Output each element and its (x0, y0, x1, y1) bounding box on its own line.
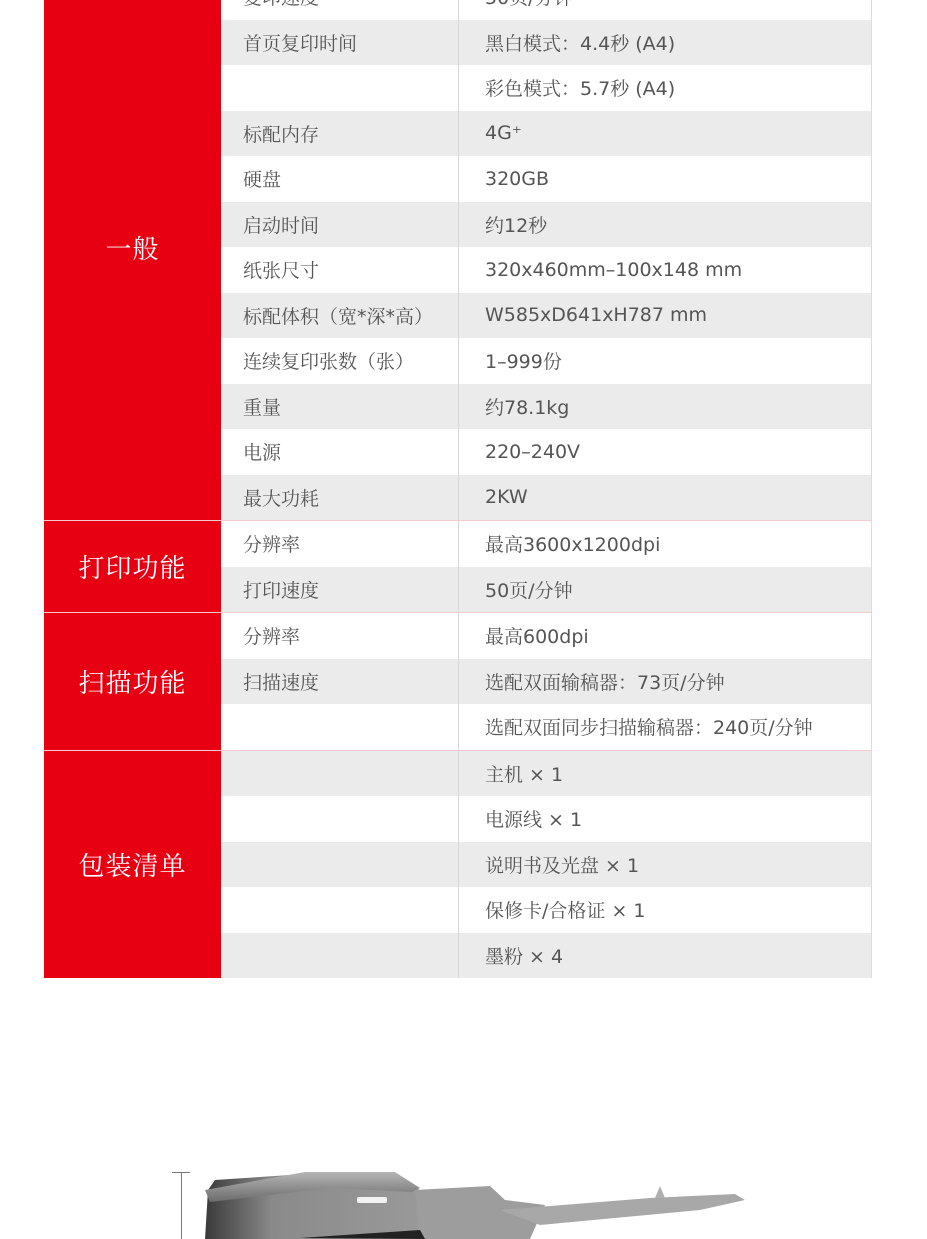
table-row: 重量约78.1kg (221, 384, 871, 430)
table-row: 电源线 × 1 (221, 796, 871, 842)
table-row: 选配双面同步扫描输稿器：240页/分钟 (221, 704, 871, 750)
table-row: 主机 × 1 (221, 751, 871, 797)
table-row: 最大功耗2KW (221, 475, 871, 521)
table-row: 说明书及光盘 × 1 (221, 842, 871, 888)
table-row: 复印速度50页/分钟 (221, 0, 871, 20)
spec-value: 选配双面输稿器：73页/分钟 (458, 659, 871, 705)
spec-key: 启动时间 (221, 202, 458, 248)
spec-value: W585xD641xH787 mm (458, 293, 871, 339)
spec-key (221, 887, 458, 933)
spec-key: 首页复印时间 (221, 20, 458, 66)
table-row: 纸张尺寸320x460mm–100x148 mm (221, 247, 871, 293)
spec-key (221, 933, 458, 979)
spec-key: 打印速度 (221, 567, 458, 613)
spec-key (221, 65, 458, 111)
spec-value: 墨粉 × 4 (458, 933, 871, 979)
spec-key: 标配体积（宽*深*高） (221, 293, 458, 339)
spec-key: 最大功耗 (221, 475, 458, 521)
spec-key: 分辨率 (221, 521, 458, 567)
table-row: 分辨率最高3600x1200dpi (221, 521, 871, 567)
spec-value: 保修卡/合格证 × 1 (458, 887, 871, 933)
spec-key (221, 751, 458, 797)
spec-group-package: 包装清单 主机 × 1 电源线 × 1 说明书及光盘 × 1 保修卡/合格证 ×… (44, 750, 871, 979)
table-row: 电源220–240V (221, 429, 871, 475)
group-label: 一般 (44, 0, 221, 520)
spec-value: 50页/分钟 (458, 0, 871, 20)
spec-value: 320GB (458, 156, 871, 202)
spec-value: 50页/分钟 (458, 567, 871, 613)
table-row: 标配体积（宽*深*高）W585xD641xH787 mm (221, 293, 871, 339)
group-label: 包装清单 (44, 751, 221, 979)
group-label: 打印功能 (44, 521, 221, 612)
spec-value: 约12秒 (458, 202, 871, 248)
spec-table: 一般 复印速度50页/分钟 首页复印时间黑白模式：4.4秒 (A4) 彩色模式：… (44, 0, 872, 978)
table-row: 打印速度50页/分钟 (221, 567, 871, 613)
table-row: 首页复印时间黑白模式：4.4秒 (A4) (221, 20, 871, 66)
spec-value: 约78.1kg (458, 384, 871, 430)
table-row: 保修卡/合格证 × 1 (221, 887, 871, 933)
table-row: 启动时间约12秒 (221, 202, 871, 248)
printer-illustration (0, 1150, 927, 1239)
spec-value: 选配双面同步扫描输稿器：240页/分钟 (458, 704, 871, 750)
spec-group-general: 一般 复印速度50页/分钟 首页复印时间黑白模式：4.4秒 (A4) 彩色模式：… (44, 0, 871, 520)
spec-value: 说明书及光盘 × 1 (458, 842, 871, 888)
spec-value: 220–240V (458, 429, 871, 475)
spec-key: 复印速度 (221, 0, 458, 20)
spec-key: 纸张尺寸 (221, 247, 458, 293)
spec-value: 2KW (458, 475, 871, 521)
spec-value: 电源线 × 1 (458, 796, 871, 842)
spec-key: 重量 (221, 384, 458, 430)
spec-group-print: 打印功能 分辨率最高3600x1200dpi 打印速度50页/分钟 (44, 520, 871, 612)
spec-key: 硬盘 (221, 156, 458, 202)
table-row: 标配内存4G⁺ (221, 111, 871, 157)
product-image (0, 1150, 927, 1239)
spec-group-scan: 扫描功能 分辨率最高600dpi 扫描速度选配双面输稿器：73页/分钟 选配双面… (44, 612, 871, 750)
spec-key: 扫描速度 (221, 659, 458, 705)
spec-value: 黑白模式：4.4秒 (A4) (458, 20, 871, 66)
spec-value: 4G⁺ (458, 111, 871, 157)
spec-key: 电源 (221, 429, 458, 475)
table-row: 连续复印张数（张）1–999份 (221, 338, 871, 384)
group-label: 扫描功能 (44, 613, 221, 750)
spec-value: 最高600dpi (458, 613, 871, 659)
table-row: 硬盘320GB (221, 156, 871, 202)
table-row: 彩色模式：5.7秒 (A4) (221, 65, 871, 111)
spec-key: 标配内存 (221, 111, 458, 157)
spec-value: 320x460mm–100x148 mm (458, 247, 871, 293)
spec-value: 主机 × 1 (458, 751, 871, 797)
spec-value: 最高3600x1200dpi (458, 521, 871, 567)
spec-key: 分辨率 (221, 613, 458, 659)
spec-key (221, 796, 458, 842)
table-row: 扫描速度选配双面输稿器：73页/分钟 (221, 659, 871, 705)
spec-key (221, 704, 458, 750)
table-row: 墨粉 × 4 (221, 933, 871, 979)
spec-key (221, 842, 458, 888)
spec-key: 连续复印张数（张） (221, 338, 458, 384)
spec-value: 彩色模式：5.7秒 (A4) (458, 65, 871, 111)
spec-value: 1–999份 (458, 338, 871, 384)
table-row: 分辨率最高600dpi (221, 613, 871, 659)
